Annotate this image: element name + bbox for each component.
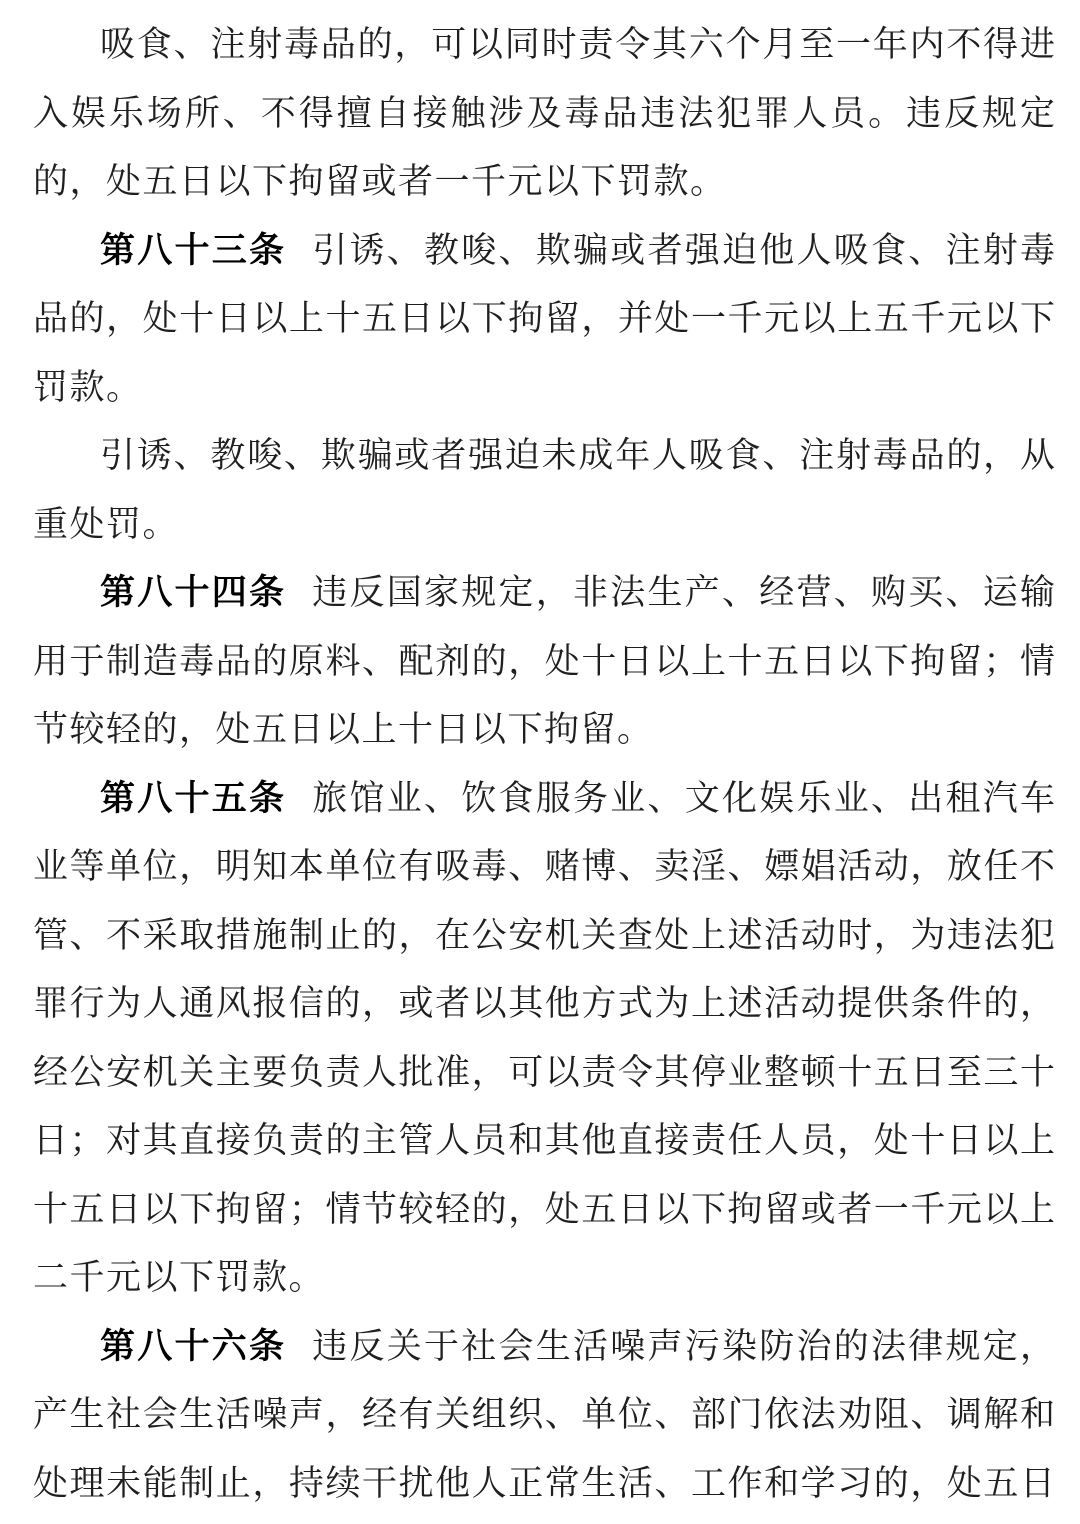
line-text: 处理未能制止，持续干扰他人正常生活、工作和学习的，处五日 bbox=[33, 1464, 1055, 1503]
text-line: 品的，处十日以上十五日以下拘留，并处一千元以上五千元以下 bbox=[33, 285, 1055, 354]
text-line: 处理未能制止，持续干扰他人正常生活、工作和学习的，处五日 bbox=[33, 1450, 1055, 1519]
text-line: 用于制造毒品的原料、配剂的，处十日以上十五日以下拘留；情 bbox=[33, 628, 1055, 697]
text-line: 十五日以下拘留；情节较轻的，处五日以下拘留或者一千元以上 bbox=[33, 1176, 1055, 1245]
text-line: 罚款。 bbox=[33, 354, 1055, 423]
article-number-label: 第八十五条 bbox=[100, 779, 286, 818]
text-line: 第八十三条引诱、教唆、欺骗或者强迫他人吸食、注射毒 bbox=[33, 217, 1055, 286]
line-text: 罪行为人通风报信的，或者以其他方式为上述活动提供条件的， bbox=[33, 984, 1055, 1023]
article-number-label: 第八十三条 bbox=[100, 231, 286, 270]
line-text: 违反国家规定，非法生产、经营、购买、运输 bbox=[312, 573, 1055, 612]
line-text: 旅馆业、饮食服务业、文化娱乐业、出租汽车 bbox=[312, 779, 1055, 818]
line-text: 十五日以下拘留；情节较轻的，处五日以下拘留或者一千元以上 bbox=[33, 1190, 1055, 1229]
text-line: 的，处五日以下拘留或者一千元以下罚款。 bbox=[33, 148, 1055, 217]
text-line: 第八十五条旅馆业、饮食服务业、文化娱乐业、出租汽车 bbox=[33, 765, 1055, 834]
line-text: 引诱、教唆、欺骗或者强迫他人吸食、注射毒 bbox=[312, 231, 1055, 270]
line-text: 日；对其直接负责的主管人员和其他直接责任人员，处十日以上 bbox=[33, 1121, 1055, 1160]
line-text: 引诱、教唆、欺骗或者强迫未成年人吸食、注射毒品的，从 bbox=[100, 436, 1055, 475]
line-text: 管、不采取措施制止的，在公安机关查处上述活动时，为违法犯 bbox=[33, 916, 1055, 955]
text-line: 吸食、注射毒品的，可以同时责令其六个月至一年内不得进 bbox=[33, 11, 1055, 80]
text-line: 引诱、教唆、欺骗或者强迫未成年人吸食、注射毒品的，从 bbox=[33, 422, 1055, 491]
line-text: 违反关于社会生活噪声污染防治的法律规定， bbox=[312, 1327, 1055, 1366]
text-line: 业等单位，明知本单位有吸毒、赌博、卖淫、嫖娼活动，放任不 bbox=[33, 833, 1055, 902]
text-line: 第八十六条违反关于社会生活噪声污染防治的法律规定， bbox=[33, 1313, 1055, 1382]
text-line: 重处罚。 bbox=[33, 491, 1055, 560]
line-text: 节较轻的，处五日以上十日以下拘留。 bbox=[33, 710, 654, 749]
line-text: 用于制造毒品的原料、配剂的，处十日以上十五日以下拘留；情 bbox=[33, 642, 1055, 681]
text-line: 日；对其直接负责的主管人员和其他直接责任人员，处十日以上 bbox=[33, 1107, 1055, 1176]
document-page: 吸食、注射毒品的，可以同时责令其六个月至一年内不得进 入娱乐场所、不得擅自接触涉… bbox=[0, 0, 1080, 1524]
line-text: 的，处五日以下拘留或者一千元以下罚款。 bbox=[33, 162, 727, 201]
text-line: 节较轻的，处五日以上十日以下拘留。 bbox=[33, 696, 1055, 765]
line-text: 产生社会生活噪声，经有关组织、单位、部门依法劝阻、调解和 bbox=[33, 1395, 1055, 1434]
text-line: 经公安机关主要负责人批准，可以责令其停业整顿十五日至三十 bbox=[33, 1039, 1055, 1108]
article-number-label: 第八十四条 bbox=[100, 573, 286, 612]
line-text: 业等单位，明知本单位有吸毒、赌博、卖淫、嫖娼活动，放任不 bbox=[33, 847, 1055, 886]
line-text: 罚款。 bbox=[33, 368, 143, 407]
text-line: 入娱乐场所、不得擅自接触涉及毒品违法犯罪人员。违反规定 bbox=[33, 80, 1055, 149]
line-text: 入娱乐场所、不得擅自接触涉及毒品违法犯罪人员。违反规定 bbox=[33, 94, 1055, 133]
line-text: 经公安机关主要负责人批准，可以责令其停业整顿十五日至三十 bbox=[33, 1053, 1055, 1092]
text-line: 产生社会生活噪声，经有关组织、单位、部门依法劝阻、调解和 bbox=[33, 1381, 1055, 1450]
line-text: 吸食、注射毒品的，可以同时责令其六个月至一年内不得进 bbox=[100, 25, 1055, 64]
line-text: 品的，处十日以上十五日以下拘留，并处一千元以上五千元以下 bbox=[33, 299, 1055, 338]
line-text: 二千元以下罚款。 bbox=[33, 1258, 325, 1297]
line-text: 重处罚。 bbox=[33, 505, 179, 544]
article-number-label: 第八十六条 bbox=[100, 1327, 286, 1366]
text-line: 管、不采取措施制止的，在公安机关查处上述活动时，为违法犯 bbox=[33, 902, 1055, 971]
text-line: 第八十四条违反国家规定，非法生产、经营、购买、运输 bbox=[33, 559, 1055, 628]
text-line: 罪行为人通风报信的，或者以其他方式为上述活动提供条件的， bbox=[33, 970, 1055, 1039]
text-line: 二千元以下罚款。 bbox=[33, 1244, 1055, 1313]
